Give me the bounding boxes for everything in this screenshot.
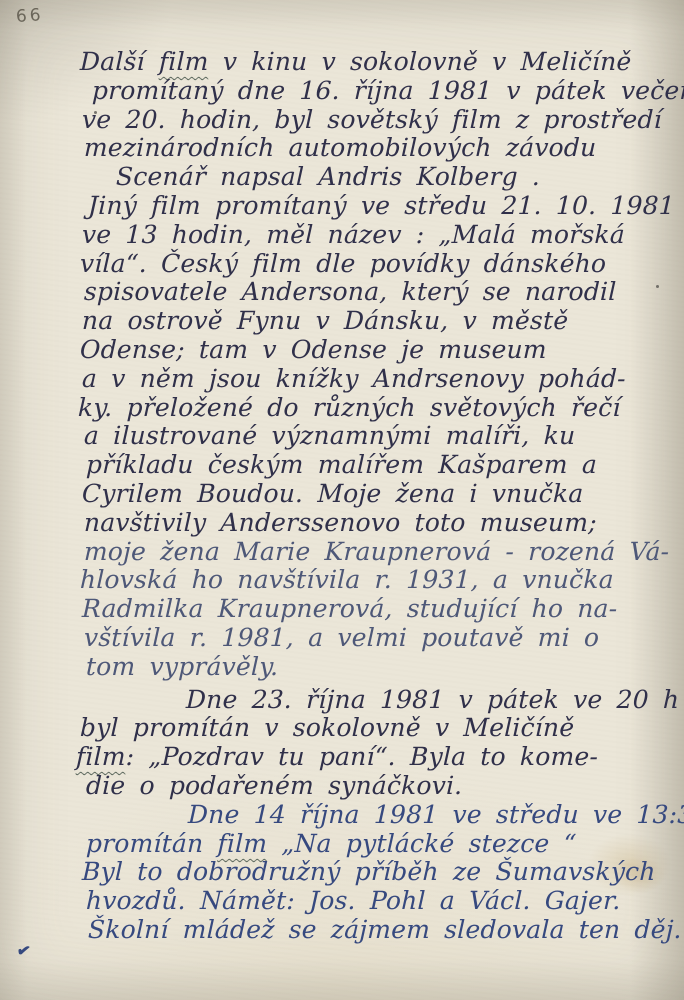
manuscript-line: vštívila r. 1981, a velmi poutavě mi o bbox=[84, 623, 677, 652]
manuscript-line: hlovská ho navštívila r. 1931, a vnučka bbox=[80, 565, 677, 594]
manuscript-line: Školní mládež se zájmem sledovala ten dě… bbox=[88, 915, 677, 944]
manuscript-line: Cyrilem Boudou. Moje žena i vnučka bbox=[82, 479, 677, 508]
manuscript-line: ve 20. hodin, byl sovětský film z prostř… bbox=[82, 105, 677, 134]
manuscript-line: navštivily Anderssenovo toto museum; bbox=[84, 508, 677, 537]
manuscript-line: příkladu českým malířem Kašparem a bbox=[86, 450, 677, 479]
line-text: : „Pozdrav tu paní“. Byla to kome- bbox=[125, 742, 598, 771]
manuscript-line: promítán film „Na pytlácké stezce “ bbox=[86, 829, 677, 858]
manuscript-line: Jiný film promítaný ve středu 21. 10. 19… bbox=[88, 191, 677, 220]
manuscript-line: moje žena Marie Kraupnerová - rozená Vá- bbox=[84, 537, 677, 566]
underlined-word: film bbox=[217, 829, 268, 858]
manuscript-line: a ilustrované významnými malíři, ku bbox=[84, 421, 677, 450]
underlined-word: film bbox=[76, 742, 127, 771]
manuscript-line: Byl to dobrodružný příběh ze Šumavských bbox=[82, 857, 677, 886]
manuscript-line: na ostrově Fynu v Dánsku, v městě bbox=[82, 306, 677, 335]
manuscript-line: Dne 14 října 1981 ve středu ve 13:30 h bbox=[188, 800, 677, 829]
manuscript-line: tom vyprávěly. bbox=[86, 652, 677, 681]
manuscript-line: a v něm jsou knížky Andrsenovy pohád- bbox=[82, 364, 677, 393]
manuscript-line: spisovatele Andersona, který se narodil bbox=[84, 277, 677, 306]
page-number: 66 bbox=[15, 5, 44, 27]
manuscript-line: hvozdů. Námět: Jos. Pohl a Václ. Gajer. bbox=[86, 886, 677, 915]
manuscript-line: ky. přeložené do různých světových řečí bbox=[78, 393, 677, 422]
line-text: promítán bbox=[86, 829, 218, 858]
manuscript-line: ve 13 hodin, měl název : „Malá mořská bbox=[82, 220, 677, 249]
manuscript-text: Další film v kinu v sokolovně v Meličíně… bbox=[76, 47, 676, 944]
manuscript-line: die o podařeném synáčkovi. bbox=[86, 771, 677, 800]
line-text: v kinu v sokolovně v Meličíně bbox=[208, 47, 632, 76]
manuscript-line: film: „Pozdrav tu paní“. Byla to kome- bbox=[76, 742, 677, 771]
manuscript-line: Dne 23. října 1981 v pátek ve 20 h bbox=[186, 685, 677, 714]
manuscript-line: Další film v kinu v sokolovně v Meličíně bbox=[80, 47, 677, 76]
manuscript-line: Scenář napsal Andris Kolberg . bbox=[116, 162, 677, 191]
manuscript-line: víla“. Český film dle povídky dánského bbox=[80, 249, 677, 278]
line-text: „Na pytlácké stezce “ bbox=[267, 829, 577, 858]
manuscript-line: Radmilka Kraupnerová, studující ho na- bbox=[82, 594, 677, 623]
manuscript-page: 66 Další film v kinu v sokolovně v Melič… bbox=[0, 0, 684, 1000]
manuscript-line: Odense; tam v Odense je museum bbox=[80, 335, 677, 364]
manuscript-line: byl promítán v sokolovně v Meličíně bbox=[80, 713, 677, 742]
manuscript-line: promítaný dne 16. října 1981 v pátek več… bbox=[92, 76, 677, 105]
review-checkmark: ✔ bbox=[15, 940, 32, 961]
line-text: Další bbox=[80, 47, 160, 76]
manuscript-line: mezinárodních automobilových závodu bbox=[84, 133, 677, 162]
underlined-word: film bbox=[159, 47, 210, 76]
